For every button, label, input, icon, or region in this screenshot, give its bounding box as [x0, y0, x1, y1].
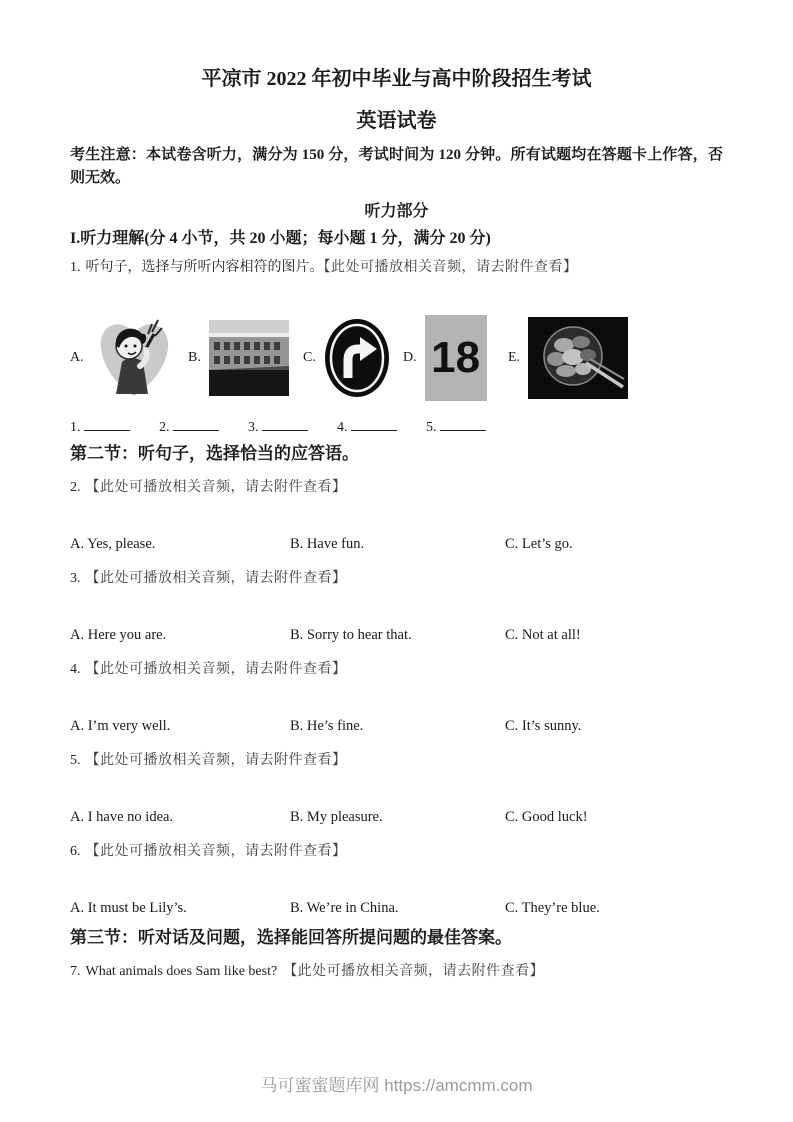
question-2-line: 2.【此处可播放相关音频，请去附件查看】: [70, 478, 723, 498]
option-a: A. Yes, please.: [70, 534, 290, 554]
option-c: C. Not at all!: [505, 625, 723, 645]
question-number: 7.: [70, 964, 81, 979]
question-number: 3.: [70, 571, 81, 586]
picture-label: C.: [303, 350, 316, 366]
cartoon-boy-holding-pen-image: [92, 314, 176, 402]
blank-underline: [440, 418, 486, 431]
question-4-line: 4.【此处可播放相关音频，请去附件查看】: [70, 660, 723, 680]
option-b: B. Have fun.: [290, 534, 505, 554]
question-number: 5.: [70, 753, 81, 768]
option-c: C. It’s sunny.: [505, 716, 723, 736]
option-a: A. I’m very well.: [70, 716, 290, 736]
picture-option-a: A.: [70, 312, 176, 404]
picture-label: D.: [403, 350, 417, 366]
audio-placeholder: 【此处可播放相关音频，请去附件查看】: [86, 753, 347, 768]
answer-blank-3: 3.: [248, 418, 308, 438]
blank-number: 5.: [426, 420, 437, 435]
picture-option-d: D. 18: [403, 312, 487, 404]
picture-option-e: E.: [508, 312, 628, 404]
option-b: B. He’s fine.: [290, 716, 505, 736]
picture-label: E.: [508, 350, 520, 366]
question-number: 1.: [70, 260, 81, 275]
audio-placeholder: 【此处可播放相关音频，请去附件查看】: [324, 260, 578, 275]
listening-section-title: 听力部分: [70, 200, 723, 224]
picture-option-b: B.: [188, 312, 289, 404]
answer-blank-2: 2.: [159, 418, 219, 438]
blank-number: 1.: [70, 420, 81, 435]
school-building-photo-image: [209, 320, 289, 396]
question-1-instruction: 听句子，选择与所听内容相符的图片。: [86, 260, 324, 275]
option-c: C. Good luck!: [505, 807, 723, 827]
exam-subtitle: 英语试卷: [70, 106, 723, 136]
exam-title: 平凉市 2022 年初中毕业与高中阶段招生考试: [70, 64, 723, 94]
question-6-options: A. It must be Lily’s. B. We’re in China.…: [70, 898, 723, 918]
option-a: A. I have no idea.: [70, 807, 290, 827]
question-6-line: 6.【此处可播放相关音频，请去附件查看】: [70, 842, 723, 862]
blank-underline: [262, 418, 308, 431]
question-5-line: 5.【此处可播放相关音频，请去附件查看】: [70, 751, 723, 771]
question-7-text: What animals does Sam like best?: [86, 964, 278, 979]
option-c: C. Let’s go.: [505, 534, 723, 554]
number-18-card-image: 18: [425, 315, 487, 401]
question-1-line: 1.听句子，选择与所听内容相符的图片。【此处可播放相关音频，请去附件查看】: [70, 258, 723, 278]
question-number: 6.: [70, 844, 81, 859]
option-b: B. We’re in China.: [290, 898, 505, 918]
part1-heading: I.听力理解(分 4 小节，共 20 小题；每小题 1 分，满分 20 分): [70, 226, 723, 252]
answer-blank-4: 4.: [337, 418, 397, 438]
answer-blanks-row: 1. 2. 3. 4. 5.: [70, 418, 723, 438]
part2-heading: 第二节：听句子，选择恰当的应答语。: [70, 442, 723, 466]
watermark-footer: 马可蜜蜜题库网 https://amcmm.com: [0, 1071, 793, 1096]
option-b: B. Sorry to hear that.: [290, 625, 505, 645]
exam-page: 平凉市 2022 年初中毕业与高中阶段招生考试 英语试卷 考生注意：本试卷含听力…: [0, 0, 793, 982]
answer-blank-1: 1.: [70, 418, 130, 438]
blank-number: 4.: [337, 420, 348, 435]
picture-options-row: A. B.: [70, 312, 723, 404]
audio-placeholder: 【此处可播放相关音频，请去附件查看】: [86, 844, 347, 859]
part3-heading: 第三节：听对话及问题，选择能回答所提问题的最佳答案。: [70, 926, 723, 950]
answer-blank-5: 5.: [426, 418, 486, 438]
question-number: 2.: [70, 480, 81, 495]
option-c: C. They’re blue.: [505, 898, 723, 918]
blank-underline: [173, 418, 219, 431]
question-4-options: A. I’m very well. B. He’s fine. C. It’s …: [70, 716, 723, 736]
candidate-notice: 考生注意：本试卷含听力，满分为 150 分，考试时间为 120 分钟。所有试题均…: [70, 144, 723, 190]
audio-placeholder: 【此处可播放相关音频，请去附件查看】: [86, 662, 347, 677]
option-a: A. Here you are.: [70, 625, 290, 645]
blank-underline: [84, 418, 130, 431]
question-5-options: A. I have no idea. B. My pleasure. C. Go…: [70, 807, 723, 827]
option-a: A. It must be Lily’s.: [70, 898, 290, 918]
question-7-line: 7.What animals does Sam like best?【此处可播放…: [70, 962, 723, 982]
audio-placeholder: 【此处可播放相关音频，请去附件查看】: [86, 480, 347, 495]
card-number: 18: [431, 333, 480, 383]
picture-option-c: C.: [303, 312, 390, 404]
picture-label: B.: [188, 350, 201, 366]
blank-underline: [351, 418, 397, 431]
option-b: B. My pleasure.: [290, 807, 505, 827]
question-number: 4.: [70, 662, 81, 677]
blank-number: 3.: [248, 420, 259, 435]
plate-of-food-image: [528, 317, 628, 399]
picture-label: A.: [70, 350, 84, 366]
blank-number: 2.: [159, 420, 170, 435]
turn-right-sign-icon: [324, 318, 390, 398]
question-3-options: A. Here you are. B. Sorry to hear that. …: [70, 625, 723, 645]
question-3-line: 3.【此处可播放相关音频，请去附件查看】: [70, 569, 723, 589]
question-2-options: A. Yes, please. B. Have fun. C. Let’s go…: [70, 534, 723, 554]
audio-placeholder: 【此处可播放相关音频，请去附件查看】: [283, 964, 544, 979]
audio-placeholder: 【此处可播放相关音频，请去附件查看】: [86, 571, 347, 586]
